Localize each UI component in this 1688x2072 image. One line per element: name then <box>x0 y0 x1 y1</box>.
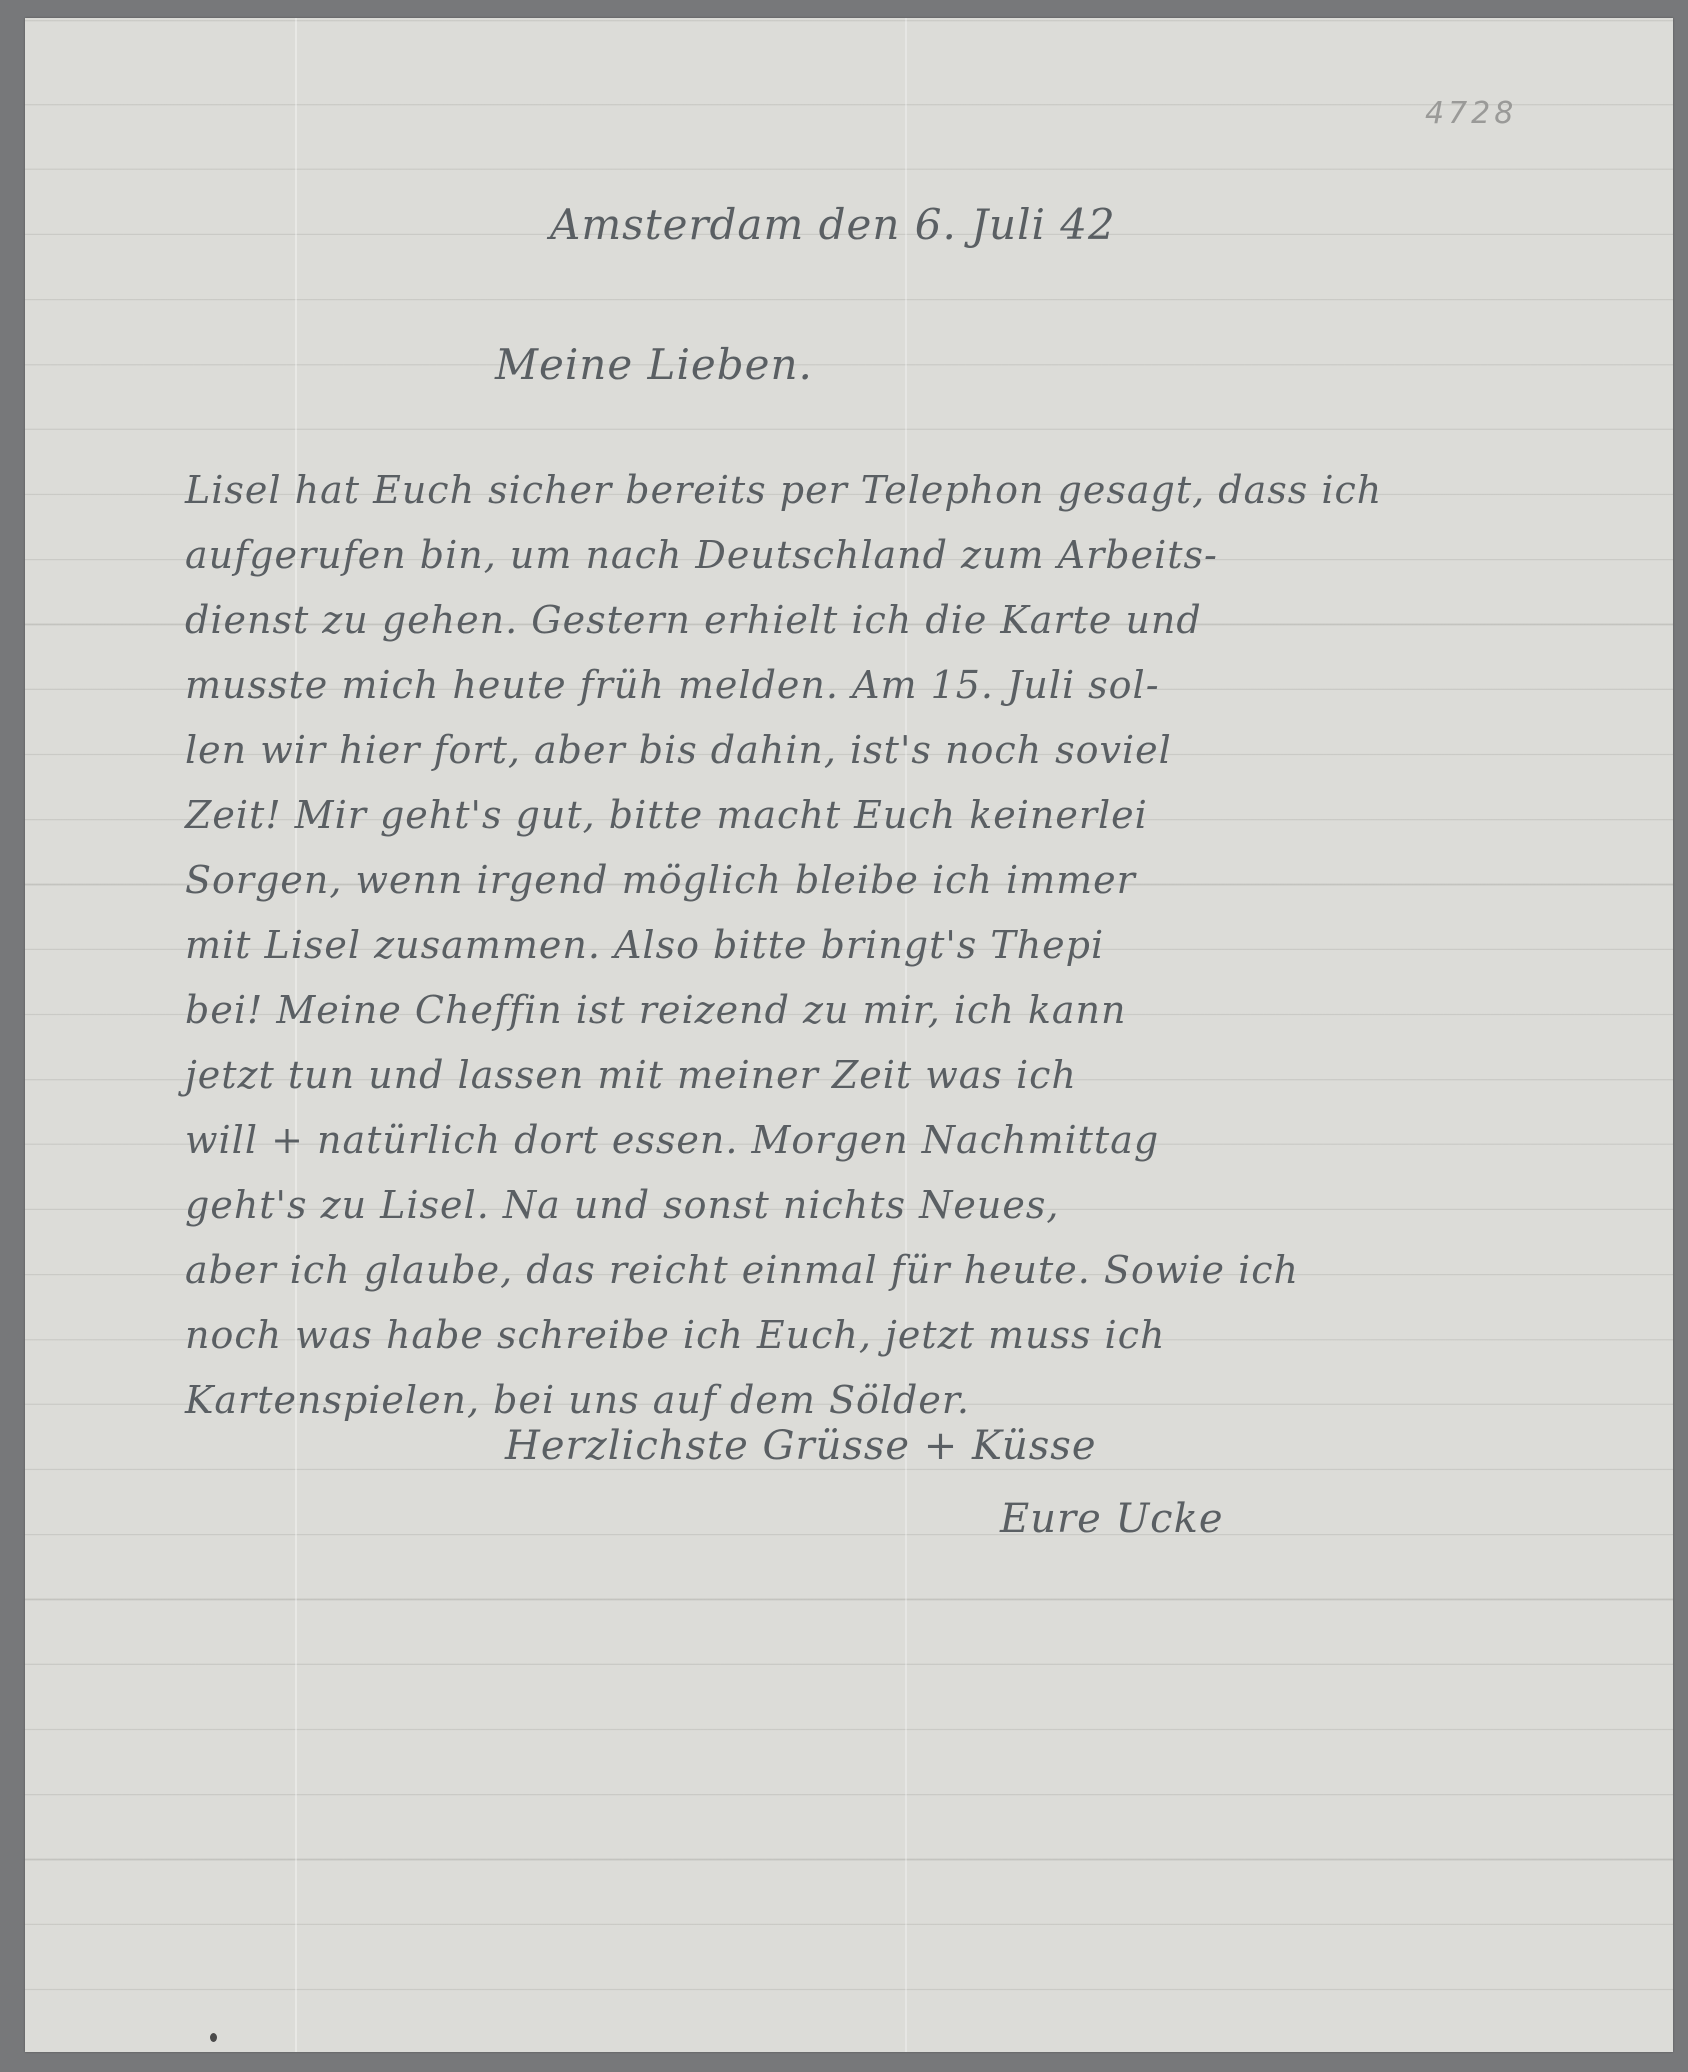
body-line: len wir hier fort, aber bis dahin, ist's… <box>185 718 1605 783</box>
body-line: will + natürlich dort essen. Morgen Nach… <box>185 1108 1605 1173</box>
letter-body: Lisel hat Euch sicher bereits per Teleph… <box>185 458 1605 1433</box>
body-line: geht's zu Lisel. Na und sonst nichts Neu… <box>185 1173 1605 1238</box>
signature: Eure Ucke <box>1000 1496 1224 1542</box>
body-line: Sorgen, wenn irgend möglich bleibe ich i… <box>185 848 1605 913</box>
archive-reference-number: 4728 <box>1425 96 1517 131</box>
body-line: Zeit! Mir geht's gut, bitte macht Euch k… <box>185 783 1605 848</box>
ink-spot <box>210 2033 217 2042</box>
body-line: aber ich glaube, das reicht einmal für h… <box>185 1238 1605 1303</box>
body-line: musste mich heute früh melden. Am 15. Ju… <box>185 653 1605 718</box>
closing-line: Herzlichste Grüsse + Küsse <box>505 1423 1097 1469</box>
date-line: Amsterdam den 6. Juli 42 <box>550 200 1116 249</box>
body-line: noch was habe schreibe ich Euch, jetzt m… <box>185 1303 1605 1368</box>
body-line: jetzt tun und lassen mit meiner Zeit was… <box>185 1043 1605 1108</box>
body-line: aufgerufen bin, um nach Deutschland zum … <box>185 523 1605 588</box>
body-line: bei! Meine Cheffin ist reizend zu mir, i… <box>185 978 1605 1043</box>
letter-paper: 4728 Amsterdam den 6. Juli 42 Meine Lieb… <box>25 18 1673 2052</box>
body-line: dienst zu gehen. Gestern erhielt ich die… <box>185 588 1605 653</box>
salutation: Meine Lieben. <box>495 340 813 389</box>
body-line: Lisel hat Euch sicher bereits per Teleph… <box>185 458 1605 523</box>
body-line: mit Lisel zusammen. Also bitte bringt's … <box>185 913 1605 978</box>
